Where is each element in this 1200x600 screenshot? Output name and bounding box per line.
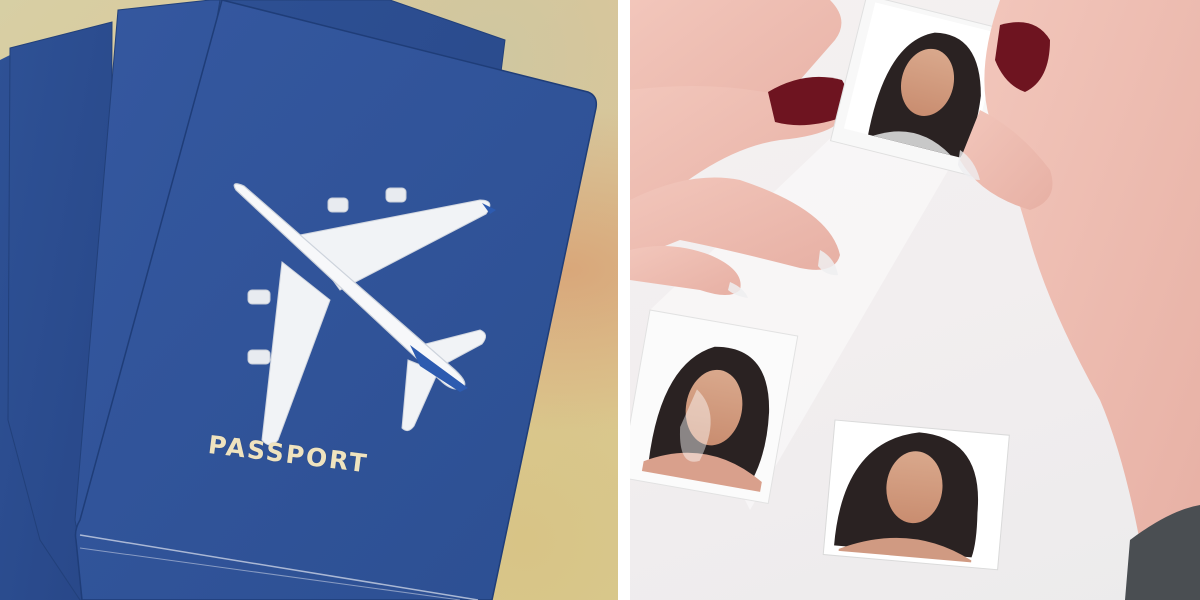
id-photo-bottom [823, 420, 1009, 570]
hands-with-photos-illustration [630, 0, 1200, 600]
id-photo-middle [630, 310, 798, 503]
passport-stack-illustration [0, 0, 618, 600]
id-photos-panel [630, 0, 1200, 600]
collage-divider [618, 0, 630, 600]
passport-photo-panel: PASSPORT [0, 0, 618, 600]
